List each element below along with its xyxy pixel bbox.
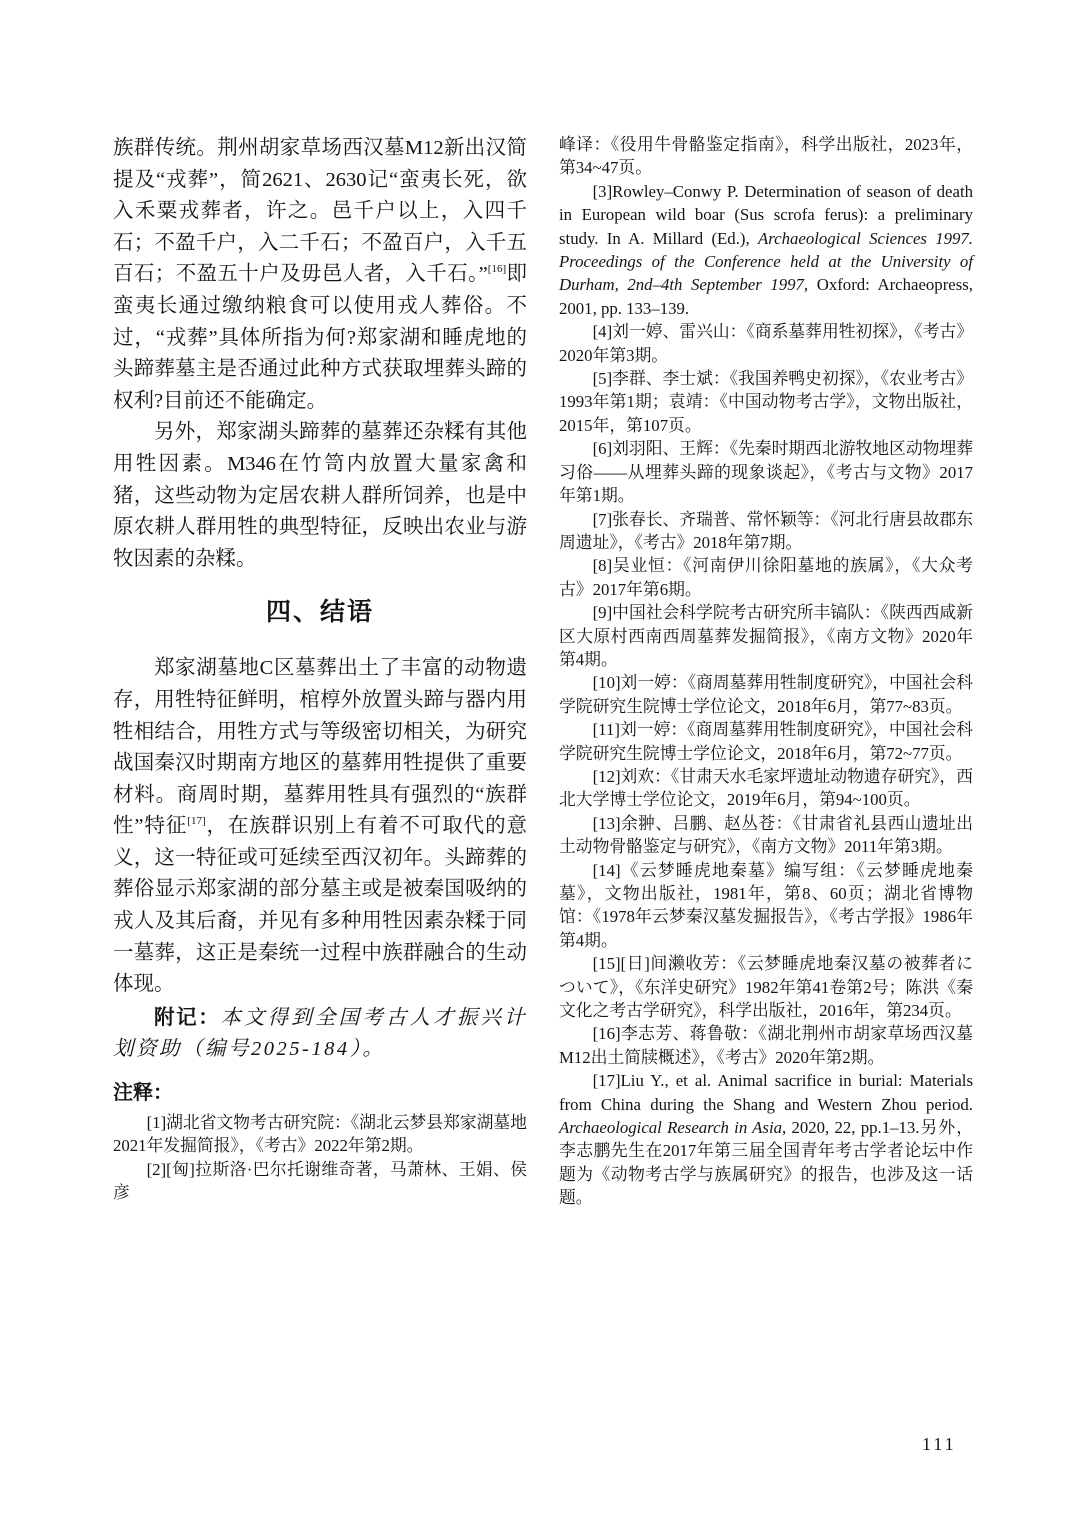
- reference-entry: [7]张春长、齐瑞普、常怀颖等：《河北行唐县故郡东周遗址》，《考古》2018年第…: [559, 508, 973, 555]
- page-number: 111: [922, 1434, 957, 1455]
- text-segment: [5]李群、李士斌：《我国养鸭史初探》，《农业考古》1993年第1期；袁靖：《中…: [559, 369, 973, 435]
- reference-entry: [12]刘欢：《甘肃天水毛家坪遗址动物遗存研究》，西北大学博士学位论文，2019…: [559, 765, 973, 812]
- notes-list-left: [1]湖北省文物考古研究院：《湖北云梦县郑家湖墓地2021年发掘简报》，《考古》…: [113, 1111, 527, 1205]
- body-paragraphs: 族群传统。荆州胡家草场西汉墓M12新出汉简提及“戎葬”，简2621、2630记“…: [113, 133, 527, 575]
- reference-entry: [6]刘羽阳、王辉：《先秦时期西北游牧地区动物埋葬习俗——从埋葬头蹄的现象谈起》…: [559, 437, 973, 507]
- text-segment: [13]余翀、吕鹏、赵丛苍：《甘肃省礼县西山遗址出土动物骨骼鉴定与研究》，《南方…: [559, 814, 973, 856]
- text-segment: [14]《云梦睡虎地秦墓》编写组：《云梦睡虎地秦墓》，文物出版社，1981年，第…: [559, 861, 973, 950]
- text-segment: [15][日]间濑收芳：《云梦睡虎地秦汉墓の被葬者について》，《东洋史研究》19…: [559, 954, 973, 1020]
- text-segment: [1]湖北省文物考古研究院：《湖北云梦县郑家湖墓地2021年发掘简报》，《考古》…: [113, 1113, 527, 1155]
- text-segment: [2][匈]拉斯洛·巴尔托谢维奇著，马萧林、王娟、侯彦: [113, 1160, 527, 1202]
- reference-entry: [4]刘一婷、雷兴山：《商系墓葬用牲初探》，《考古》2020年第3期。: [559, 320, 973, 367]
- reference-entry: [10]刘一婷：《商周墓葬用牲制度研究》，中国社会科学院研究生院博士学位论文，2…: [559, 671, 973, 718]
- reference-entry: [14]《云梦睡虎地秦墓》编写组：《云梦睡虎地秦墓》，文物出版社，1981年，第…: [559, 859, 973, 953]
- text-segment: [6]刘羽阳、王辉：《先秦时期西北游牧地区动物埋葬习俗——从埋葬头蹄的现象谈起》…: [559, 439, 973, 505]
- text-segment: [17]Liu Y., et al. Animal sacrifice in b…: [559, 1071, 973, 1113]
- reference-entry: [13]余翀、吕鹏、赵丛苍：《甘肃省礼县西山遗址出土动物骨骼鉴定与研究》，《南方…: [559, 812, 973, 859]
- appendix-label: 附记：: [154, 1007, 220, 1029]
- reference-entry: [11]刘一婷：《商周墓葬用牲制度研究》，中国社会科学院研究生院博士学位论文，2…: [559, 718, 973, 765]
- reference-entry: [17]Liu Y., et al. Animal sacrifice in b…: [559, 1069, 973, 1209]
- reference-entry: 峰译：《役用牛骨骼鉴定指南》，科学出版社，2023年，第34~47页。: [559, 133, 973, 180]
- section-heading-conclusion: 四、结语: [113, 592, 527, 628]
- right-column: 峰译：《役用牛骨骼鉴定指南》，科学出版社，2023年，第34~47页。[3]Ro…: [559, 133, 973, 1210]
- text-segment: [11]刘一婷：《商周墓葬用牲制度研究》，中国社会科学院研究生院博士学位论文，2…: [559, 720, 973, 762]
- notes-heading: 注释：: [113, 1076, 527, 1105]
- text-segment: [4]刘一婷、雷兴山：《商系墓葬用牲初探》，《考古》2020年第3期。: [559, 322, 973, 364]
- reference-entry: [3]Rowley–Conwy P. Determination of seas…: [559, 180, 973, 320]
- left-column: 族群传统。荆州胡家草场西汉墓M12新出汉简提及“戎葬”，简2621、2630记“…: [113, 133, 527, 1205]
- notes-list-right: 峰译：《役用牛骨骼鉴定指南》，科学出版社，2023年，第34~47页。[3]Ro…: [559, 133, 973, 1210]
- reference-entry: [8]吴业恒：《河南伊川徐阳墓地的族属》，《大众考古》2017年第6期。: [559, 554, 973, 601]
- text-segment: [9]中国社会科学院考古研究所丰镐队：《陕西西咸新区大原村西南西周墓葬发掘简报》…: [559, 603, 973, 669]
- text-segment: 郑家湖墓地C区墓葬出土了丰富的动物遗存，用牲特征鲜明，棺椁外放置头蹄与器内用牲相…: [113, 657, 527, 837]
- footnote-marker: [16]: [488, 264, 506, 276]
- body-paragraph: 另外，郑家湖头蹄葬的墓葬还杂糅有其他用牲因素。M346在竹笥内放置大量家禽和猪，…: [113, 417, 527, 575]
- footnote-marker: [17]: [187, 815, 205, 827]
- reference-entry: [9]中国社会科学院考古研究所丰镐队：《陕西西咸新区大原村西南西周墓葬发掘简报》…: [559, 601, 973, 671]
- reference-entry: [16]李志芳、蒋鲁敬：《湖北荆州市胡家草场西汉墓M12出土简牍概述》，《考古》…: [559, 1022, 973, 1069]
- italic-text-segment: Archaeological Research in Asia: [559, 1118, 782, 1137]
- reference-entry: [15][日]间濑收芳：《云梦睡虎地秦汉墓の被葬者について》，《东洋史研究》19…: [559, 952, 973, 1022]
- conclusion-paragraphs: 郑家湖墓地C区墓葬出土了丰富的动物遗存，用牲特征鲜明，棺椁外放置头蹄与器内用牲相…: [113, 653, 527, 1001]
- reference-entry: [2][匈]拉斯洛·巴尔托谢维奇著，马萧林、王娟、侯彦: [113, 1158, 527, 1205]
- text-segment: 即蛮夷长通过缴纳粮食可以使用戎人葬俗。不过，“戎葬”具体所指为何?郑家湖和睡虎地…: [113, 263, 527, 411]
- text-segment: [10]刘一婷：《商周墓葬用牲制度研究》，中国社会科学院研究生院博士学位论文，2…: [559, 673, 973, 715]
- text-segment: [16]李志芳、蒋鲁敬：《湖北荆州市胡家草场西汉墓M12出土简牍概述》，《考古》…: [559, 1024, 973, 1066]
- conclusion-paragraph: 郑家湖墓地C区墓葬出土了丰富的动物遗存，用牲特征鲜明，棺椁外放置头蹄与器内用牲相…: [113, 653, 527, 1001]
- reference-entry: [5]李群、李士斌：《我国养鸭史初探》，《农业考古》1993年第1期；袁靖：《中…: [559, 367, 973, 437]
- text-segment: ，在族群识别上有着不可取代的意义，这一特征或可延续至西汉初年。头蹄葬的葬俗显示郑…: [113, 815, 527, 995]
- body-paragraph: 族群传统。荆州胡家草场西汉墓M12新出汉简提及“戎葬”，简2621、2630记“…: [113, 133, 527, 417]
- text-segment: 峰译：《役用牛骨骼鉴定指南》，科学出版社，2023年，第34~47页。: [559, 135, 973, 177]
- text-segment: [12]刘欢：《甘肃天水毛家坪遗址动物遗存研究》，西北大学博士学位论文，2019…: [559, 767, 973, 809]
- text-segment: [7]张春长、齐瑞普、常怀颖等：《河北行唐县故郡东周遗址》，《考古》2018年第…: [559, 510, 973, 552]
- reference-entry: [1]湖北省文物考古研究院：《湖北云梦县郑家湖墓地2021年发掘简报》，《考古》…: [113, 1111, 527, 1158]
- text-segment: 族群传统。荆州胡家草场西汉墓M12新出汉简提及“戎葬”，简2621、2630记“…: [113, 137, 527, 285]
- text-segment: 另外，郑家湖头蹄葬的墓葬还杂糅有其他用牲因素。M346在竹笥内放置大量家禽和猪，…: [113, 421, 527, 569]
- text-segment: [8]吴业恒：《河南伊川徐阳墓地的族属》，《大众考古》2017年第6期。: [559, 556, 973, 598]
- appendix-note: 附记：本文得到全国考古人才振兴计划资助（编号2025-184）。: [113, 1003, 527, 1066]
